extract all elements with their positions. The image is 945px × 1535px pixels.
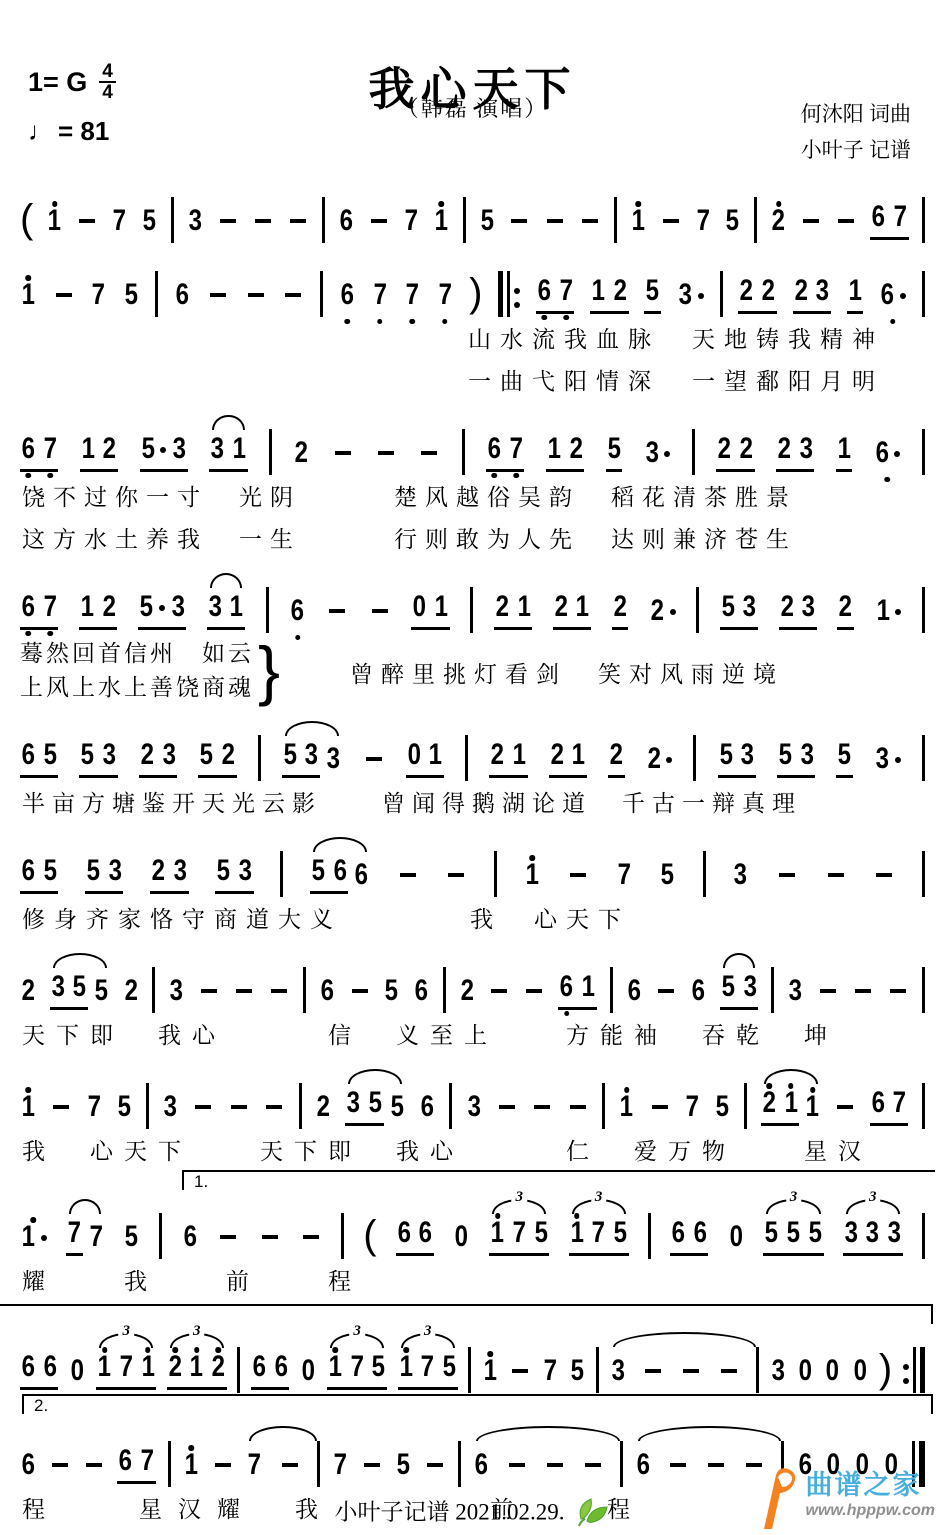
beam-group: 23 [779, 588, 817, 630]
dash-line [397, 856, 419, 894]
dash-line [53, 276, 75, 314]
beam-group: 67 [20, 588, 58, 630]
note-token: 6 [289, 592, 306, 630]
note-token: 3 [209, 430, 226, 468]
dash-line [667, 1446, 689, 1484]
tuplet-number: 3 [349, 1323, 365, 1340]
slur-tie-group: 355 [345, 1084, 405, 1126]
note-token: 2 [612, 588, 629, 626]
beam-group: 53 [777, 736, 815, 778]
dash-line [217, 1218, 239, 1256]
tuplet-number: 3 [118, 1323, 134, 1340]
slur-tie-group: 3 [610, 1347, 760, 1390]
barline [468, 1347, 471, 1393]
notation-line: 671253312671253222316饶不过你一寸 光阴 楚风越俗吴韵 稻花… [20, 398, 925, 556]
note-token: 0 [852, 1352, 869, 1390]
octave-dot-below [513, 473, 519, 479]
note-token: 5 [85, 852, 102, 890]
note-token: 5 [198, 736, 215, 774]
note-token: 6 [396, 1214, 413, 1252]
note-token: 6 [332, 852, 349, 890]
beam-group: 23 [793, 272, 831, 314]
note-token: 6 [273, 1348, 290, 1386]
dash-line [660, 202, 682, 240]
beam-group: 5 [606, 430, 623, 472]
brace-symbol: } [258, 640, 280, 700]
dash-line [835, 202, 857, 240]
note-token: 2 [837, 588, 854, 626]
slur-tie-group: 77 [66, 1214, 104, 1256]
note-token: 5 [569, 1352, 586, 1390]
note-token: 2 [738, 272, 755, 310]
note-token: 5 [612, 1214, 629, 1252]
credit-transcriber: 小叶子 记谱 [801, 132, 911, 168]
note-token: 5 [42, 852, 59, 890]
tuplet-number: 3 [420, 1323, 436, 1340]
note-token: 2 [649, 592, 676, 630]
beam-group: 12 [80, 430, 118, 472]
note-token: 3 [732, 856, 749, 894]
note-token: 7 [590, 1214, 607, 1252]
note-token: 5 [606, 430, 623, 468]
note-token: 3 [787, 972, 804, 1010]
beam-group: 12 [546, 430, 584, 472]
note-row: 671253312671253222316 [20, 424, 925, 472]
beam-group: 67 [870, 198, 908, 240]
barline [692, 429, 695, 475]
octave-dot-above [766, 1083, 772, 1089]
beam-group: 53 [138, 588, 186, 630]
logo-url-text: www.hpppw.com [806, 1498, 935, 1524]
lyrics-row: 天下即 我心 信 义至上 方能袖 吞乾 坤 [20, 1018, 925, 1052]
note-token: 5 [71, 968, 88, 1006]
note-token: 5 [282, 736, 299, 774]
beam-group: 61 [558, 968, 596, 1010]
barline [280, 851, 283, 897]
note-token: 6 [319, 972, 336, 1010]
octave-dot-below [563, 315, 569, 321]
beam-group: 22 [738, 272, 776, 314]
note-token: 3 [644, 434, 671, 472]
note-token: 0 [824, 1352, 841, 1390]
barline [720, 271, 723, 317]
dash-line [212, 1446, 234, 1484]
octave-dot-above [52, 201, 58, 207]
logo-brand-text: 曲谱之家 [806, 1472, 935, 1498]
note-token: 5 [370, 1348, 387, 1386]
dash-line [49, 1446, 71, 1484]
parenthesis: ) [469, 272, 482, 314]
note-token: 6 [870, 198, 887, 236]
note-token: 2 [793, 272, 810, 310]
dash-line [800, 202, 822, 240]
note-token: 2 [646, 740, 673, 778]
octave-dot-below [295, 635, 301, 641]
note-token: 6 [117, 1442, 134, 1480]
slur-tie-group: 3212 [167, 1348, 227, 1390]
dash-line [252, 202, 274, 240]
octave-dot-below [492, 473, 498, 479]
note-token: 6 [251, 1348, 268, 1386]
beam-group: 35 [50, 968, 88, 1010]
barline [922, 587, 925, 633]
note-token: 5 [777, 736, 794, 774]
note-token: 5 [395, 1446, 412, 1484]
barline [266, 587, 269, 633]
note-token: 6 [20, 1446, 37, 1484]
note-token: 1 [569, 1214, 586, 1252]
lyrics-row: 我 心天下 天下即 我心 仁 爱万物 星汉 [20, 1134, 925, 1168]
note-row: 175323556317521167 [20, 1078, 925, 1126]
barline [237, 1347, 240, 1393]
note-token: 5 [836, 736, 853, 774]
tuplet-number: 3 [865, 1189, 881, 1206]
volta-number: 1. [194, 1172, 208, 1192]
repeat-dots [514, 288, 520, 308]
note-token: 5 [724, 202, 741, 240]
beam-group: 23 [776, 430, 814, 472]
note-token: 1 [546, 430, 563, 468]
note-token: 2 [167, 1348, 184, 1386]
note-token: 6 [20, 430, 37, 468]
beam-group: 01 [411, 588, 449, 630]
note-row: 655323535661753 [20, 846, 925, 894]
note-row: 660317132126603175317517533000) [20, 1342, 925, 1390]
note-token: 3 [677, 276, 704, 314]
note-token: 1 [618, 1088, 635, 1126]
dash-line [198, 972, 220, 1010]
note-token: 7 [616, 856, 633, 894]
footer-transcription-note: 小叶子记谱 2021.02.29. [335, 1500, 565, 1525]
octave-dot-above [172, 1347, 178, 1353]
note-token: 1 [398, 1348, 415, 1386]
dash-line [508, 202, 530, 240]
barline [648, 1213, 651, 1259]
note-token: 3 [739, 736, 756, 774]
note-token: 5 [42, 736, 59, 774]
augmentation-dot [159, 605, 165, 611]
note-token: 3 [742, 968, 759, 1006]
note-token: 5 [714, 1088, 731, 1126]
note-token: 6 [338, 202, 355, 240]
note-token: 3 [237, 852, 254, 890]
note-token: 3 [170, 588, 187, 626]
dash-line [50, 1088, 72, 1126]
note-token: 3 [325, 740, 342, 778]
note-token: 6 [692, 1214, 709, 1252]
note-token: 5 [763, 1214, 780, 1252]
barline [320, 271, 323, 317]
octave-dot-above [624, 1087, 630, 1093]
note-token: 2 [293, 434, 310, 472]
slur-tie-group: 3333 [843, 1214, 903, 1256]
note-token: 5 [116, 1088, 133, 1126]
repeat-close-barline [903, 1347, 925, 1393]
dash-line [523, 972, 545, 1010]
note-token: 6 [870, 1084, 887, 1122]
note-token: 5 [479, 202, 496, 240]
slur-tie-group: 3175 [398, 1348, 458, 1390]
note-token: 5 [718, 736, 735, 774]
note-token: 7 [891, 1084, 908, 1122]
note-token: 5 [140, 430, 167, 468]
sheet-music-page: 1= G 4 4 ♩ = 81 我心天下 （韩磊 演唱） 何沐阳 词曲 小叶子 … [0, 0, 945, 1535]
dash-line [496, 1088, 518, 1126]
barline [470, 587, 473, 633]
augmentation-dot [698, 293, 704, 299]
note-row: 17756(6603175317566035553333 [20, 1208, 925, 1256]
note-token: 1 [20, 276, 37, 314]
beam-group: 22 [716, 430, 754, 472]
note-token: 3 [798, 430, 815, 468]
barline [922, 271, 925, 317]
dash-line [83, 1446, 105, 1484]
beam-group: 65 [20, 852, 58, 894]
note-token: 1 [590, 272, 607, 310]
dash-line [369, 592, 391, 630]
note-token: 7 [349, 1348, 366, 1386]
octave-dot-above [333, 1347, 339, 1353]
note-token: 3 [303, 736, 320, 774]
dash-line [544, 202, 566, 240]
dash-line [649, 1088, 671, 1126]
octave-dot-above [194, 1347, 200, 1353]
note-token: 2 [101, 430, 118, 468]
barline [771, 967, 774, 1013]
note-token: 6 [353, 856, 370, 894]
beam-group: 12 [79, 588, 117, 630]
notation-line: 175323556317521167我 心天下 天下即 我心 仁 爱万物 星汉 [20, 1052, 925, 1168]
note-token: 5 [93, 972, 110, 1010]
dash-line [375, 434, 397, 472]
note-token: 2 [549, 736, 566, 774]
beam-group: 21 [494, 588, 532, 630]
note-token: 6 [558, 968, 575, 1006]
augmentation-dot [900, 293, 906, 299]
note-token: 1 [327, 1348, 344, 1386]
beam-group: 53 [215, 852, 253, 894]
dash-line [705, 1446, 727, 1484]
note-token: 6 [690, 972, 707, 1010]
tuplet-number: 3 [512, 1189, 528, 1206]
dash-line [282, 276, 304, 314]
note-token: 6 [626, 972, 643, 1010]
dash-line [245, 276, 267, 314]
dash-line [192, 1088, 214, 1126]
barline [299, 1083, 302, 1129]
beam-group: 21 [489, 736, 527, 778]
note-token: 3 [466, 1088, 483, 1126]
note-token: 5 [441, 1348, 458, 1386]
repeat-dots [903, 1364, 909, 1384]
dash-line [361, 1446, 383, 1484]
note-token: 3 [345, 1084, 362, 1122]
note-token: 7 [684, 1088, 701, 1126]
beam-group: 66 [251, 1348, 289, 1390]
beam-group: 65 [20, 736, 58, 778]
slur-tie-group: 3175 [327, 1348, 387, 1390]
beam-group: 52 [198, 736, 236, 778]
slur-tie-group: 566 [310, 852, 370, 894]
note-token: 7 [332, 1446, 349, 1484]
barline [922, 967, 925, 1013]
note-token: 7 [403, 202, 420, 240]
note-token: 2 [553, 588, 570, 626]
dash-line [363, 740, 385, 778]
parenthesis: ) [879, 1348, 892, 1390]
note-token: 1 [433, 588, 450, 626]
note-token: 2 [315, 1088, 332, 1126]
parenthesis: ( [20, 198, 33, 240]
note-token: 5 [720, 968, 737, 1006]
note-token: 1 [482, 1352, 499, 1390]
note-token: 1 [630, 202, 647, 240]
volta-number: 2. [34, 1396, 48, 1416]
dash-line [263, 1088, 285, 1126]
lyrics-row: 耀 我 前 程 [20, 1264, 925, 1298]
octave-dot-above [188, 1445, 194, 1451]
octave-dot-above [487, 1351, 493, 1357]
dash-line [287, 202, 309, 240]
slur-tie-group: 31 [207, 588, 245, 630]
note-token: 1 [836, 430, 853, 468]
repeat-open-barline [498, 271, 520, 317]
dash-line [207, 276, 229, 314]
note-token: 1 [489, 1214, 506, 1252]
beam-group: 67 [870, 1084, 908, 1126]
lyrics-row: 半亩方塘鉴开天光云影 曾闻得鹅湖论道 千古一辩真理 [20, 786, 925, 820]
note-token: 2 [776, 430, 793, 468]
note-token: 7 [246, 1446, 263, 1484]
barline [922, 1083, 925, 1129]
note-token: 5 [383, 972, 400, 1010]
octave-dot-above [529, 855, 535, 861]
credits: 何沐阳 词曲 小叶子 记谱 [801, 96, 911, 168]
barline [317, 1441, 320, 1487]
beam-group: 67 [536, 272, 574, 314]
augmentation-dot [160, 447, 166, 453]
beam-group: 53 [718, 736, 756, 778]
octave-dot-below [47, 473, 53, 479]
beam-group: 66 [670, 1214, 708, 1256]
note-row: 17566777)671253222316 [20, 266, 925, 314]
octave-dot-below [564, 1011, 570, 1017]
slur-tie-group: 355 [50, 968, 110, 1010]
note-token: 5 [389, 1088, 406, 1126]
note-token: 6 [182, 1218, 199, 1256]
beam-group: 12 [590, 272, 628, 314]
note-token: 1 [228, 588, 245, 626]
octave-dot-above [403, 1347, 409, 1353]
barline [602, 1083, 605, 1129]
note-token: 3 [843, 1214, 860, 1252]
note-token: 2 [612, 272, 629, 310]
dash-line [873, 856, 895, 894]
note-token: 0 [69, 1352, 86, 1390]
note-token: 6 [635, 1446, 652, 1484]
notation-line: (17536715175267 [20, 178, 925, 240]
note-token: 3 [886, 1214, 903, 1252]
beam-group: 5 [836, 736, 853, 778]
beam-group: 53 [79, 736, 117, 778]
tuplet-number: 3 [189, 1323, 205, 1340]
slur-tie-group: 3175 [489, 1214, 549, 1256]
note-token: 7 [111, 202, 128, 240]
note-token: 0 [453, 1218, 470, 1256]
note-token: 3 [107, 852, 124, 890]
note-token: 6 [20, 852, 37, 890]
note-token: 5 [138, 588, 165, 626]
beam-group: 53 [282, 736, 320, 778]
note-token: 3 [610, 1352, 627, 1390]
note-token: 1 [511, 736, 528, 774]
barline [168, 1441, 171, 1487]
note-token: 7 [508, 430, 525, 468]
barline [341, 1213, 344, 1259]
note-token: 7 [437, 276, 454, 314]
note-token: 3 [874, 740, 901, 778]
note-token: 5 [79, 736, 96, 774]
octave-dot-above [26, 1087, 32, 1093]
note-token: 3 [172, 852, 189, 890]
note-token: 6 [413, 972, 430, 1010]
notation-line: 655323535661753修身齐家恪守商道大义 我 心天下 [20, 820, 925, 936]
note-token: 2 [770, 202, 787, 240]
note-row: (17536715175267 [20, 192, 925, 240]
beam-group: 53 [720, 588, 758, 630]
lyrics-row: 上风上水上善饶商魂 [20, 670, 254, 704]
barline [458, 1441, 461, 1487]
notation-line: 1.17756(6603175317566035553333耀 我 前 程 [20, 1168, 925, 1298]
dash-line [852, 972, 874, 1010]
note-token: 7 [88, 1218, 105, 1256]
barline [922, 735, 925, 781]
beam-group: 53 [85, 852, 123, 894]
note-token: 0 [300, 1352, 317, 1390]
note-token: 1 [20, 1218, 47, 1256]
barline [703, 851, 706, 897]
note-token: 7 [404, 276, 421, 314]
note-token: 7 [372, 276, 389, 314]
octave-dot-above [145, 1347, 151, 1353]
note-token: 5 [123, 276, 140, 314]
barline [922, 429, 925, 475]
barline [754, 197, 757, 243]
beam-group: 1 [836, 430, 853, 472]
note-token: 5 [807, 1214, 824, 1252]
note-token: 3 [814, 272, 831, 310]
note-token: 1 [79, 588, 96, 626]
note-token: 2 [568, 430, 585, 468]
note-token: 1 [804, 1088, 821, 1126]
note-token: 0 [406, 736, 423, 774]
octave-dot-above [216, 1347, 222, 1353]
note-token: 2 [210, 1348, 227, 1386]
note-token: 6 [417, 1214, 434, 1252]
note-token: 3 [161, 736, 178, 774]
lyrics-brace-block: 蓦然回首信州 如云上风上水上善饶商魂}曾醉里挑灯看剑 笑对风雨逆境 [20, 636, 925, 704]
note-token: 5 [644, 272, 661, 310]
note-token: 6 [879, 276, 906, 314]
beam-group: 2 [608, 736, 625, 778]
dash-line [544, 1446, 566, 1484]
note-token: 7 [118, 1348, 135, 1386]
barline [756, 1347, 759, 1393]
parenthesis: ( [363, 1214, 376, 1256]
beam-group: 5 [644, 272, 661, 314]
dash-line [567, 1088, 589, 1126]
note-token: 1 [783, 1084, 800, 1122]
